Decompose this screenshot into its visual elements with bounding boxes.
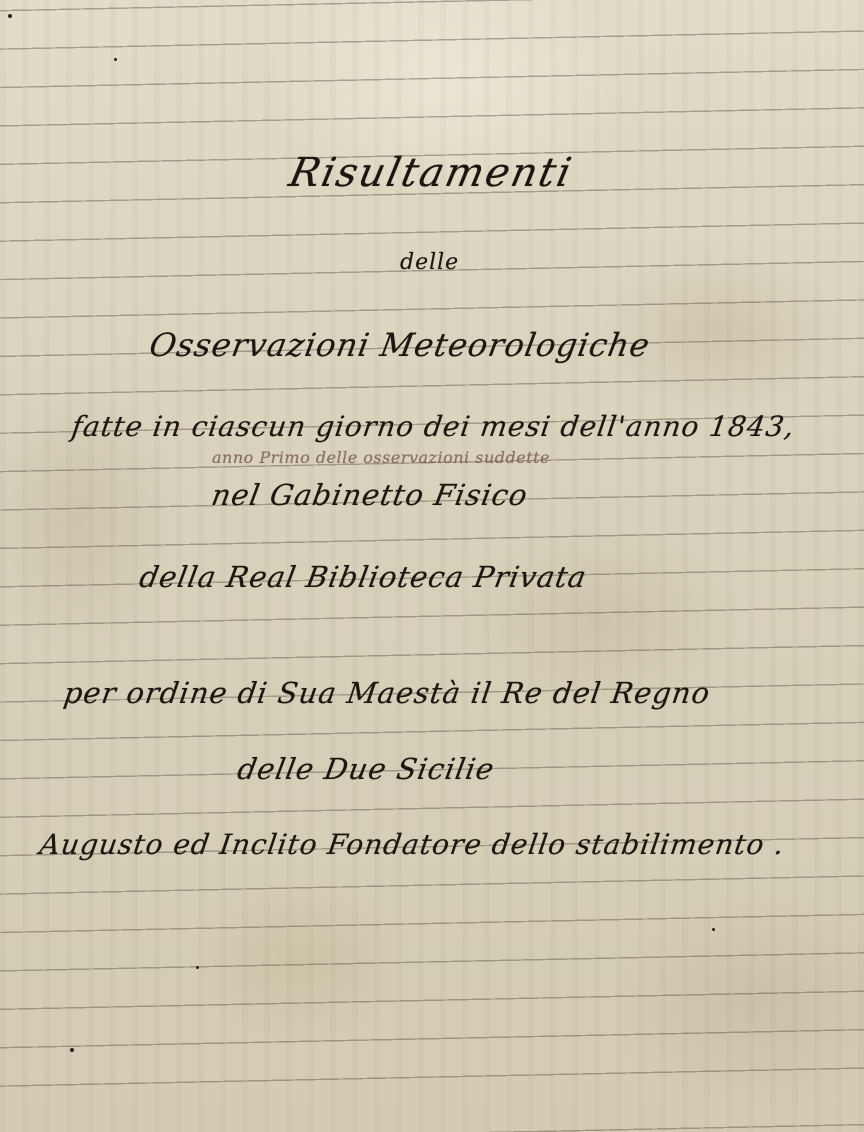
subject-line: Osservazioni Meteorologiche (147, 326, 654, 364)
document-title: Risultamenti (285, 150, 577, 196)
ink-speck (114, 58, 117, 61)
date-line: fatte in ciascun giorno dei mesi dell'an… (70, 410, 797, 443)
founder-line: Augusto ed Inclito Fondatore dello stabi… (38, 828, 787, 861)
ink-speck (8, 14, 12, 18)
manuscript-page: Risultamenti delle Osservazioni Meteorol… (0, 0, 864, 1132)
kingdom-line: delle Due Sicilie (235, 752, 497, 786)
inserted-note: anno Primo delle osservazioni suddette (212, 448, 550, 467)
ink-speck (196, 966, 199, 969)
ink-speck (70, 1048, 74, 1052)
location-line: nel Gabinetto Fisico (209, 478, 531, 512)
institution-line: della Real Biblioteca Privata (137, 560, 590, 594)
connector-delle: delle (400, 250, 459, 275)
ink-speck (712, 928, 715, 931)
authority-line: per ordine di Sua Maestà il Re del Regno (62, 676, 713, 710)
